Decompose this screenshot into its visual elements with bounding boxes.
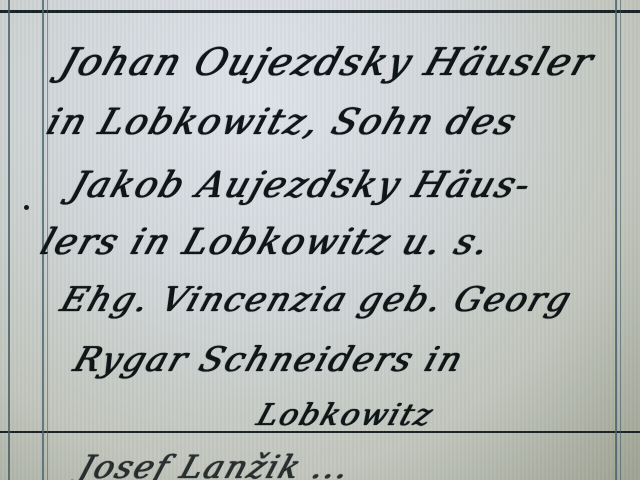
right-margin-line [615,0,617,480]
right-margin-line-inner [620,0,621,480]
entry-line-3: Jakob Aujezdsky Häus- [65,165,537,206]
entry-line-5: Ehg. Vincenzia geb. Georg [56,280,578,320]
entry-line-6: Rygar Schneiders in [69,340,470,380]
entry-line-7: Lobkowitz [252,398,438,433]
register-page: Johan Oujezdsky Häusler in Lobkowitz, So… [0,0,640,480]
entry-line-1: Johan Oujezdsky Häusler [55,40,600,84]
entry-line-4: lers in Lobkowitz u. s. [35,222,496,263]
ink-dot [24,205,29,210]
top-ruled-line [0,10,640,13]
next-entry-fragment: Josef Lanžik ... [74,448,356,480]
left-margin-line-outer [8,0,10,480]
entry-line-2: in Lobkowitz, Sohn des [41,102,522,143]
